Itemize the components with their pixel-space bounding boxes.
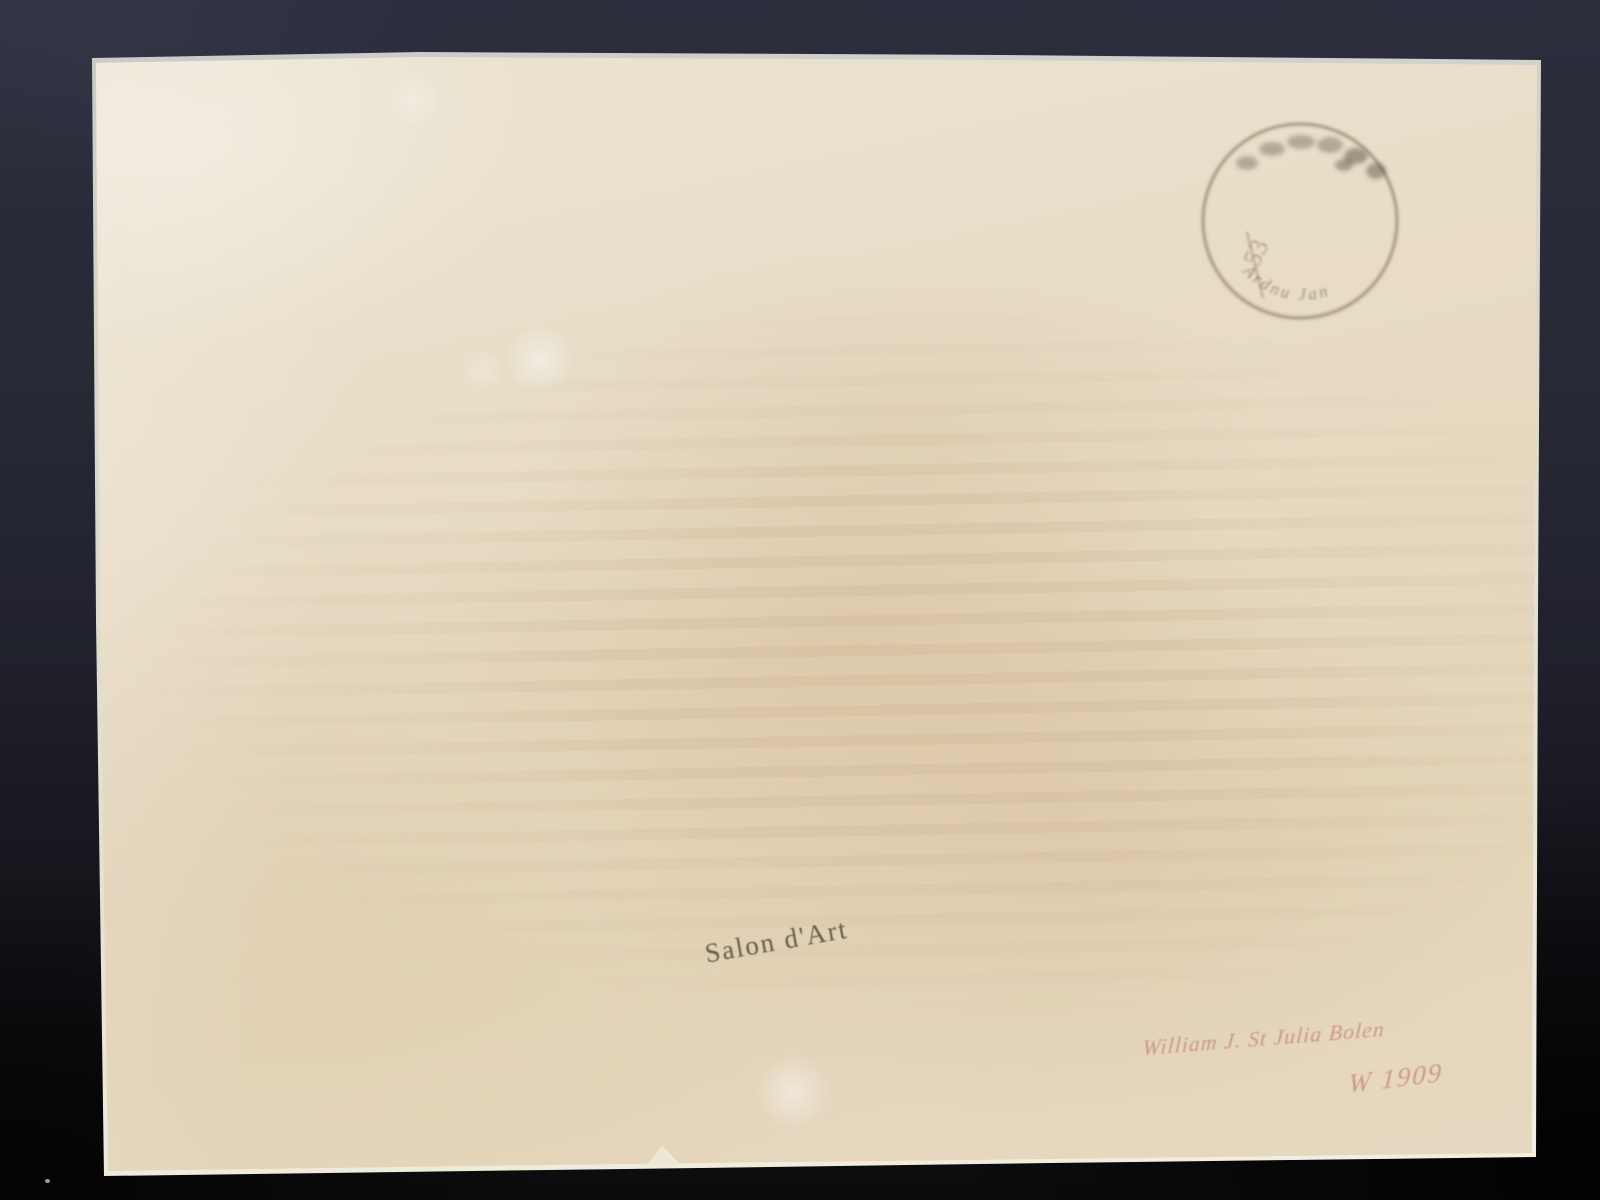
photo-backdrop: 53 Ardnu Jan Salon d'Art William J. St J… — [0, 0, 1600, 1200]
stamp-top-smudge — [1236, 135, 1386, 179]
stamp-arc-text: Ardnu Jan — [1239, 260, 1333, 303]
